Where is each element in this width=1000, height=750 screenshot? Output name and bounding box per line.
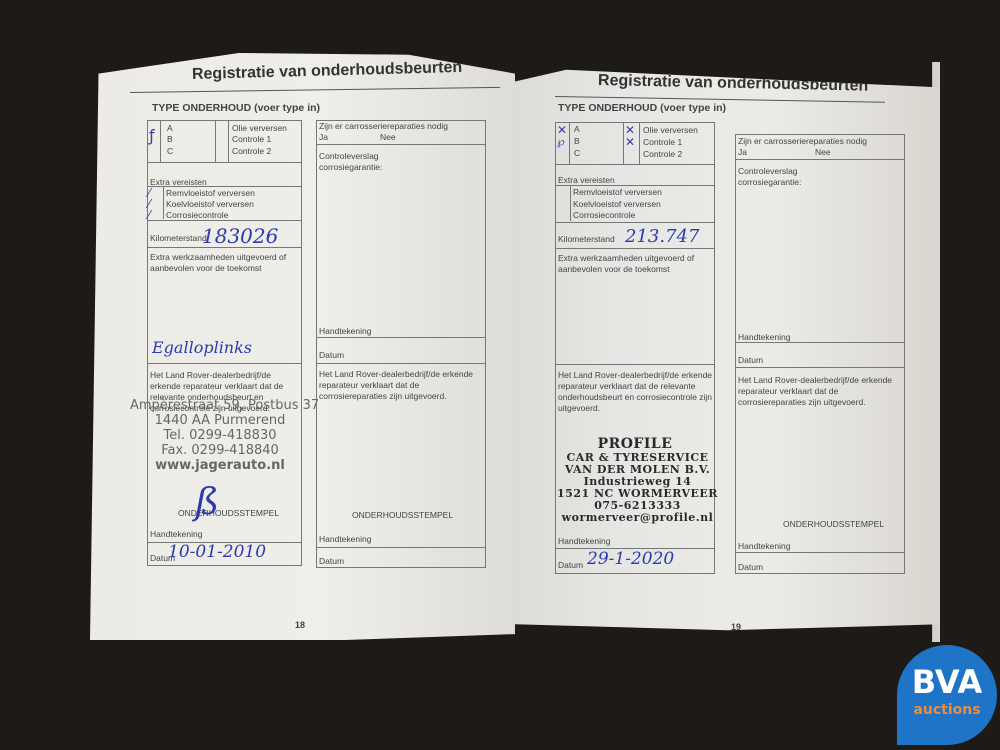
page-title: Registratie van onderhoudsbeurten <box>598 72 869 96</box>
service-controle-2: Controle 2 <box>643 149 682 159</box>
right-page: Registratie van onderhoudsbeurten TYPE O… <box>515 52 940 642</box>
extra-work-label: Extra werkzaamheden uitgevoerd of aanbev… <box>558 253 708 275</box>
no-label: Nee <box>815 147 831 157</box>
declaration: Het Land Rover-dealerbedrijf/de erkende … <box>738 375 898 408</box>
bva-auctions-logo: BVA auctions <box>897 645 997 745</box>
km-label: Kilometerstand <box>150 233 207 243</box>
stamp-label: ONDERHOUDSSTEMPEL <box>783 519 884 529</box>
bva-brand-text: BVA <box>897 663 997 701</box>
service-oil: Olie verversen <box>643 125 698 135</box>
date-label: Datum <box>738 355 763 365</box>
dealer-stamp: CAR & TYRESERVICE VAN DER MOLEN B.V. Ind… <box>535 452 740 524</box>
bva-sub-text: auctions <box>897 702 997 718</box>
bodywork-form-box <box>735 134 905 574</box>
section-subtitle: TYPE ONDERHOUD (voer type in) <box>152 102 320 114</box>
km-label: Kilometerstand <box>558 234 615 244</box>
service-controle-1: Controle 1 <box>643 137 682 147</box>
dealer-stamp: Ampèrestraat 59, Postbus 37 1440 AA Purm… <box>130 398 310 473</box>
type-c: C <box>574 148 580 158</box>
yes-label: Ja <box>319 132 328 142</box>
left-page: Registratie van onderhoudsbeurten TYPE O… <box>90 50 515 640</box>
signature-label: Handtekening <box>319 326 371 336</box>
section-subtitle: TYPE ONDERHOUD (voer type in) <box>558 102 726 114</box>
km-value: 213.747 <box>625 226 699 247</box>
page-number: 18 <box>295 620 305 630</box>
signature: ß <box>195 482 219 523</box>
service-controle-1: Controle 1 <box>232 134 271 144</box>
bodywork-form-box <box>316 120 486 568</box>
bodywork-question: Zijn er carrosseriereparaties nodig <box>738 136 867 146</box>
report-label: Controleverslag corrosiegarantie: <box>319 151 409 173</box>
date-value: 29-1-2020 <box>587 549 674 569</box>
checkmark-icon: ℘ <box>557 136 565 148</box>
stamp-label: ONDERHOUDSSTEMPEL <box>352 510 453 520</box>
extra-item: Remvloeistof verversen <box>573 187 662 197</box>
date-label: Datum <box>319 556 344 566</box>
signature-label: Handtekening <box>558 536 610 546</box>
checkmark-icon: ✕ <box>625 136 635 148</box>
report-label: Controleverslag corrosiegarantie: <box>738 166 828 188</box>
extra-item: Koelvloeistof verversen <box>573 199 661 209</box>
extra-item: Corrosiecontrole <box>573 210 635 220</box>
date-label: Datum <box>558 560 583 570</box>
dealer-stamp-title: PROFILE <box>535 436 735 452</box>
extra-item: Remvloeistof verversen <box>166 188 255 198</box>
declaration: Het Land Rover-dealerbedrijf/de erkende … <box>558 370 713 414</box>
no-label: Nee <box>380 132 396 142</box>
signature-label: Handtekening <box>738 541 790 551</box>
type-c: C <box>167 146 173 156</box>
date-value: 10-01-2010 <box>168 542 266 562</box>
type-b: B <box>574 136 580 146</box>
extra-item: Koelvloeistof verversen <box>166 199 254 209</box>
service-oil: Olie verversen <box>232 123 287 133</box>
title-rule <box>130 87 500 93</box>
service-controle-2: Controle 2 <box>232 146 271 156</box>
booklet: Registratie van onderhoudsbeurten TYPE O… <box>0 0 1000 750</box>
type-a: A <box>574 124 580 134</box>
date-label: Datum <box>319 350 344 360</box>
extra-label: Extra vereisten <box>558 175 615 185</box>
signature-label: Handtekening <box>738 332 790 342</box>
signature-label: Handtekening <box>150 529 202 539</box>
declaration: Het Land Rover-dealerbedrijf/de erkende … <box>319 369 479 402</box>
km-value: 183026 <box>202 224 278 248</box>
stamp-label: ONDERHOUDSSTEMPEL <box>178 508 279 518</box>
page-title: Registratie van onderhoudsbeurten <box>192 59 463 84</box>
type-a: A <box>167 123 173 133</box>
date-label: Datum <box>738 562 763 572</box>
checkmark-icon: ƒ <box>149 130 155 142</box>
type-b: B <box>167 134 173 144</box>
bodywork-question: Zijn er carrosseriereparaties nodig <box>319 121 448 131</box>
extra-work-label: Extra werkzaamheden uitgevoerd of aanbev… <box>150 252 298 274</box>
yes-label: Ja <box>738 147 747 157</box>
signature-label: Handtekening <box>319 534 371 544</box>
handwritten-note: Egalloplinks <box>152 338 252 357</box>
page-number: 19 <box>731 622 741 632</box>
extra-item: Corrosiecontrole <box>166 210 228 220</box>
